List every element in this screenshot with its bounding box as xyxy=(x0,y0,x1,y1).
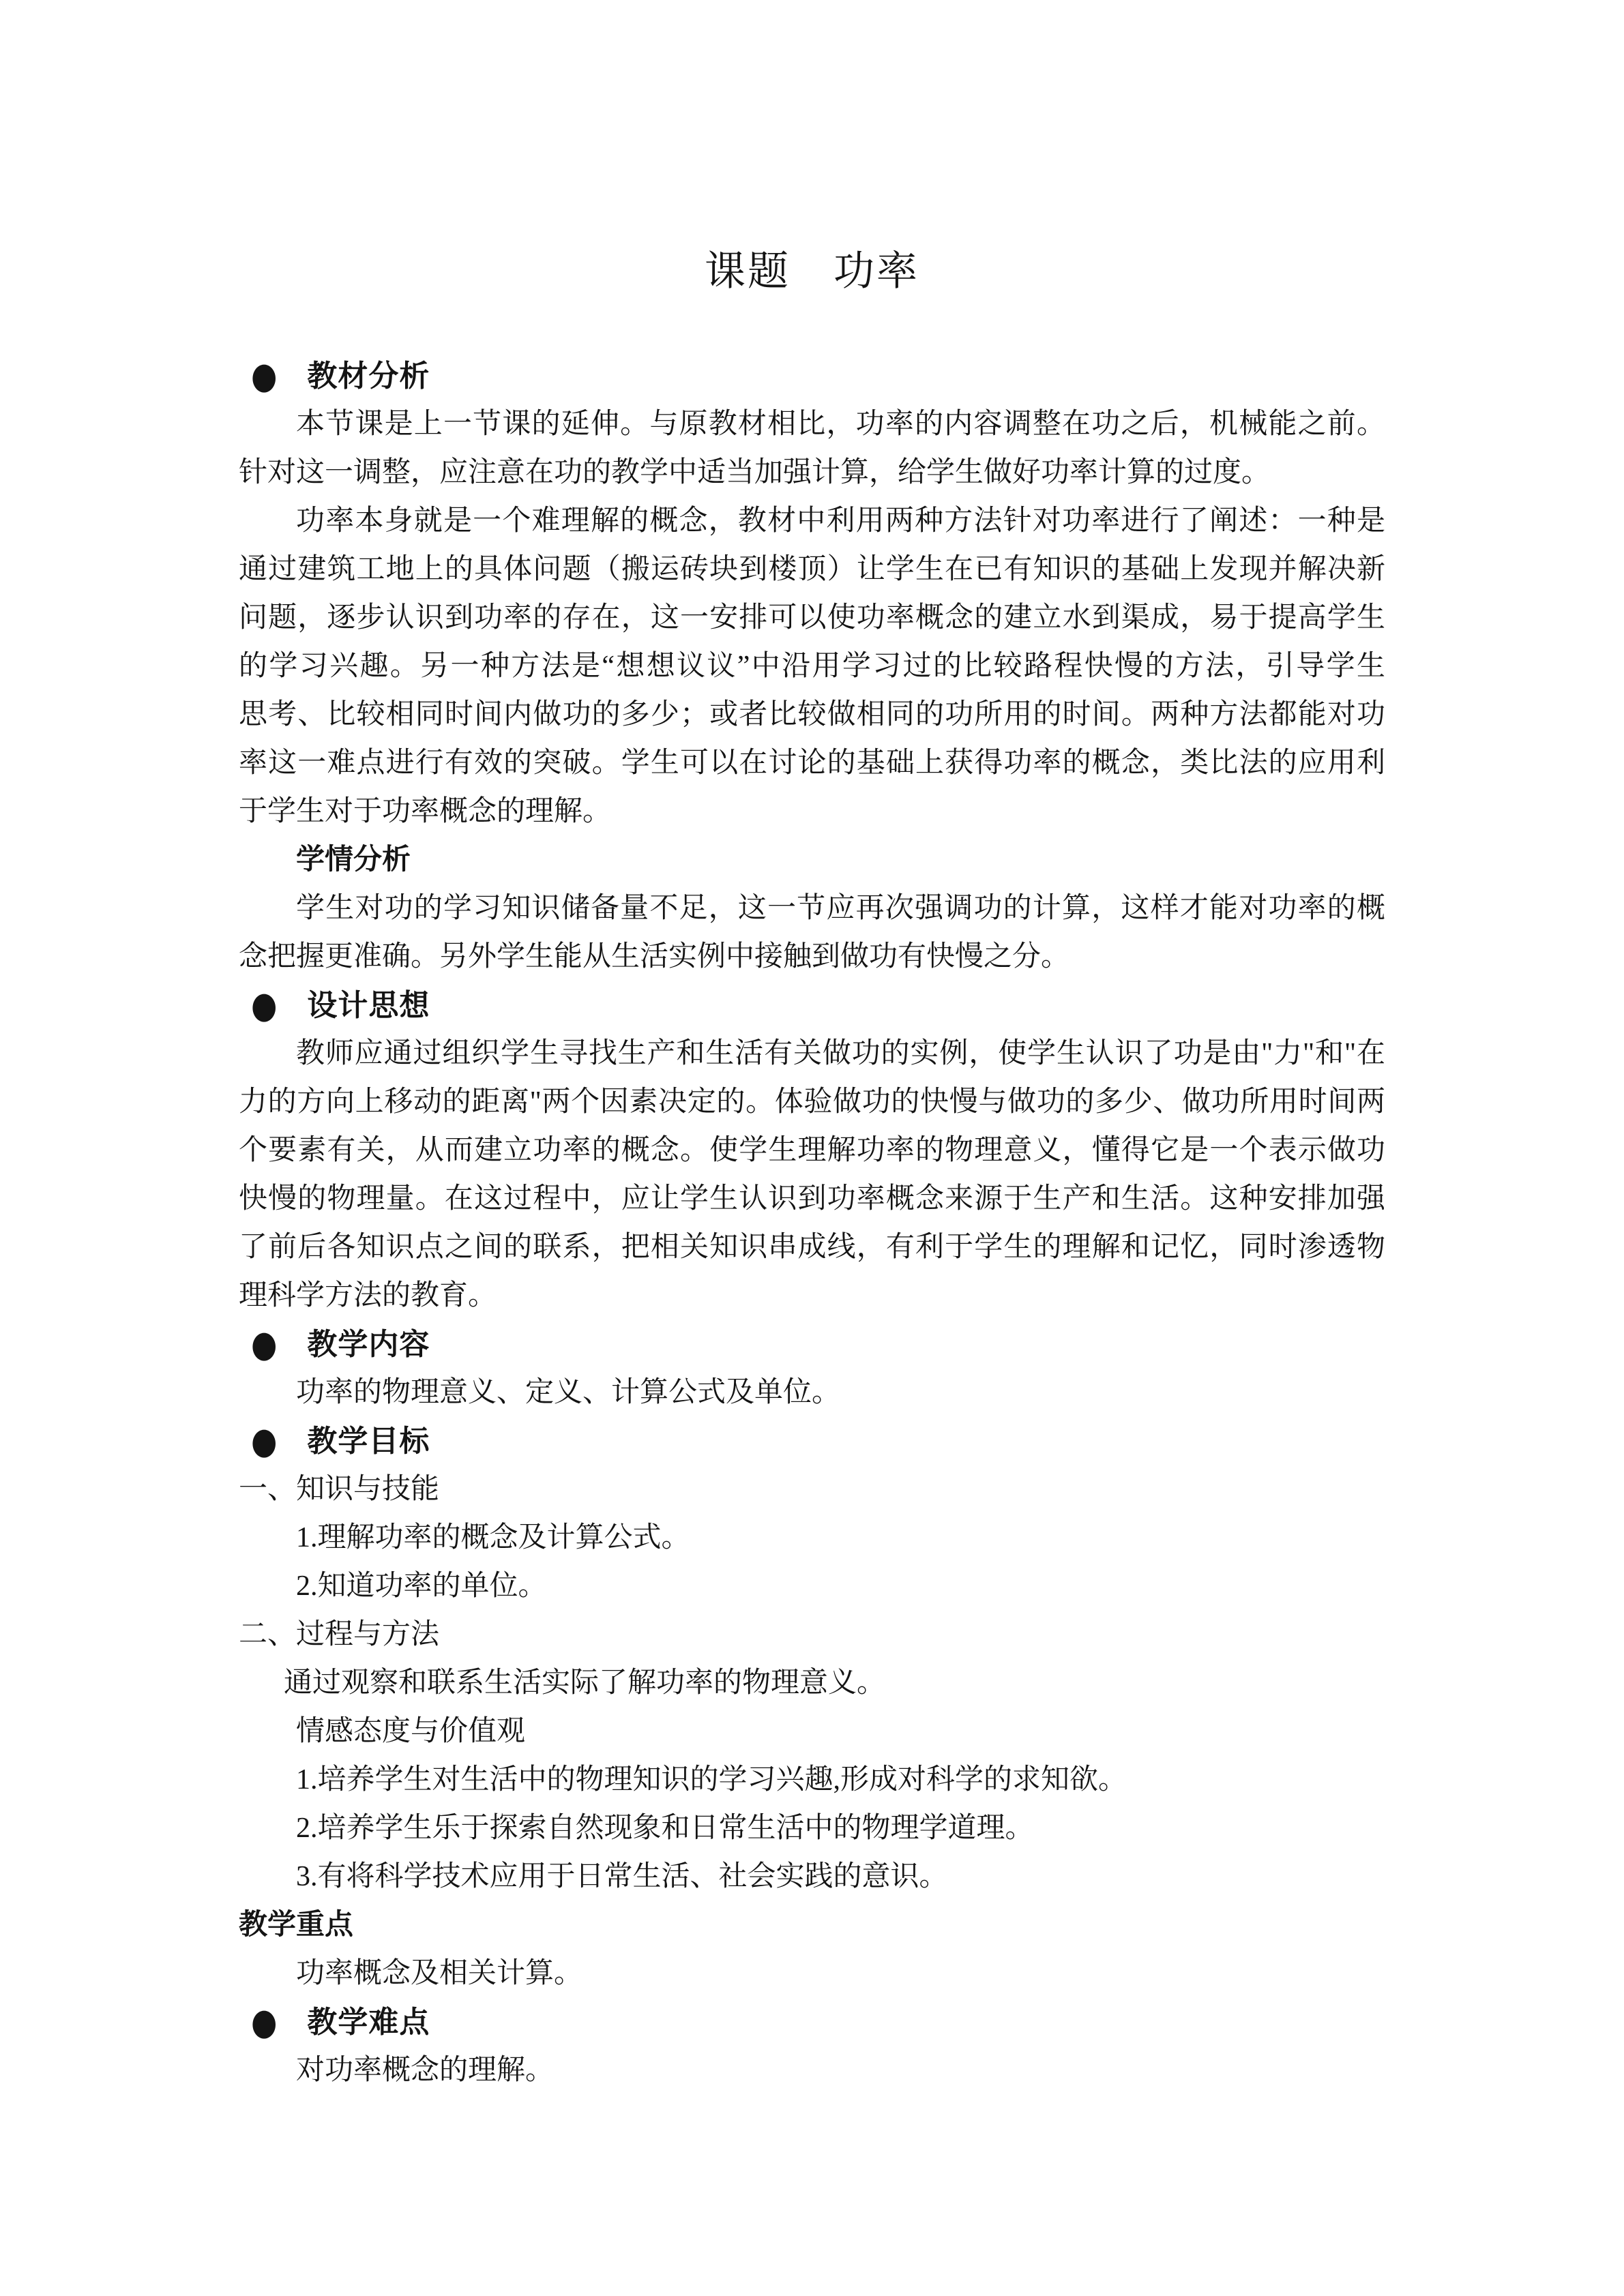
text-line: 快慢的物理量。在这过程中，应让学生认识到功率概念来源于生产和生活。这种安排加强 xyxy=(239,1175,1385,1223)
list-item: 2.培养学生乐于探索自然现象和日常生活中的物理学道理。 xyxy=(239,1804,1385,1853)
section-heading: 教学内容 xyxy=(307,1328,430,1361)
bullet-icon: ● xyxy=(251,1412,277,1471)
list-item: 3.有将科学技术应用于日常生活、社会实践的意识。 xyxy=(239,1853,1385,1901)
text-line: 对功率概念的理解。 xyxy=(239,2046,1385,2095)
text-line: 念把握更准确。另外学生能从生活实例中接触到做功有快慢之分。 xyxy=(239,933,1385,981)
text-line: 力的方向上移动的距离"两个因素决定的。体验做功的快慢与做功的多少、做功所用时间两 xyxy=(239,1078,1385,1127)
section-heading: 教材分析 xyxy=(307,359,430,393)
section-heading: 教学难点 xyxy=(307,2006,430,2039)
list-item: 1.理解功率的概念及计算公式。 xyxy=(239,1514,1385,1562)
text-line: 本节课是上一节课的延伸。与原教材相比，功率的内容调整在功之后，机械能之前。 xyxy=(239,400,1385,449)
text-line: 情感态度与价值观 xyxy=(239,1708,1385,1756)
text-line: 教师应通过组织学生寻找生产和生活有关做功的实例，使学生认识了功是由"力"和"在 xyxy=(239,1030,1385,1078)
text-line: 功率的物理意义、定义、计算公式及单位。 xyxy=(239,1369,1385,1417)
sub-section-heading: 教学重点 xyxy=(239,1901,1385,1950)
text-line: 通过建筑工地上的具体问题（搬运砖块到楼顶）让学生在已有知识的基础上发现并解决新 xyxy=(239,546,1385,594)
bullet-icon: ● xyxy=(251,346,277,406)
text-line: 通过观察和联系生活实际了解功率的物理意义。 xyxy=(239,1659,1385,1708)
bullet-icon: ● xyxy=(251,1315,277,1374)
text-line: 功率本身就是一个难理解的概念，教材中利用两种方法针对功率进行了阐述：一种是 xyxy=(239,497,1385,546)
section-heading-line: ●教学目标 xyxy=(239,1417,1385,1465)
section-heading: 设计思想 xyxy=(307,989,430,1022)
text-line: 率这一难点进行有效的突破。学生可以在讨论的基础上获得功率的概念，类比法的应用利 xyxy=(239,739,1385,788)
document-title: 课题 功率 xyxy=(239,245,1385,297)
list-item: 1.培养学生对生活中的物理知识的学习兴趣,形成对科学的求知欲。 xyxy=(239,1756,1385,1804)
text-line: 于学生对于功率概念的理解。 xyxy=(239,788,1385,836)
text-line: 针对这一调整，应注意在功的教学中适当加强计算，给学生做好功率计算的过度。 xyxy=(239,449,1385,497)
text-line: 学生对功的学习知识储备量不足，这一节应再次强调功的计算，这样才能对功率的概 xyxy=(239,884,1385,933)
bullet-icon: ● xyxy=(251,1993,277,2052)
page: 课题 功率 ●教材分析 本节课是上一节课的延伸。与原教材相比，功率的内容调整在功… xyxy=(0,0,1624,2296)
document-body: ●教材分析 本节课是上一节课的延伸。与原教材相比，功率的内容调整在功之后，机械能… xyxy=(239,352,1385,2095)
section-heading-line: ●教材分析 xyxy=(239,352,1385,400)
list-item: 一、知识与技能 xyxy=(239,1465,1385,1514)
section-heading-line: ●设计思想 xyxy=(239,981,1385,1030)
text-line: 了前后各知识点之间的联系，把相关知识串成线，有利于学生的理解和记忆，同时渗透物 xyxy=(239,1223,1385,1272)
bullet-icon: ● xyxy=(251,976,277,1035)
text-line: 问题，逐步认识到功率的存在，这一安排可以使功率概念的建立水到渠成，易于提高学生 xyxy=(239,594,1385,642)
list-item: 2.知道功率的单位。 xyxy=(239,1562,1385,1611)
text-line: 功率概念及相关计算。 xyxy=(239,1950,1385,1998)
section-heading-line: ●教学难点 xyxy=(239,1998,1385,2046)
text-line: 理科学方法的教育。 xyxy=(239,1272,1385,1320)
text-line: 个要素有关，从而建立功率的概念。使学生理解功率的物理意义，懂得它是一个表示做功 xyxy=(239,1127,1385,1175)
section-heading: 教学目标 xyxy=(307,1425,430,1458)
sub-section-heading: 学情分析 xyxy=(239,836,1385,884)
list-item: 二、过程与方法 xyxy=(239,1611,1385,1659)
section-heading-line: ●教学内容 xyxy=(239,1320,1385,1369)
text-line: 的学习兴趣。另一种方法是“想想议议”中沿用学习过的比较路程快慢的方法，引导学生 xyxy=(239,642,1385,691)
text-line: 思考、比较相同时间内做功的多少；或者比较做相同的功所用的时间。两种方法都能对功 xyxy=(239,691,1385,739)
